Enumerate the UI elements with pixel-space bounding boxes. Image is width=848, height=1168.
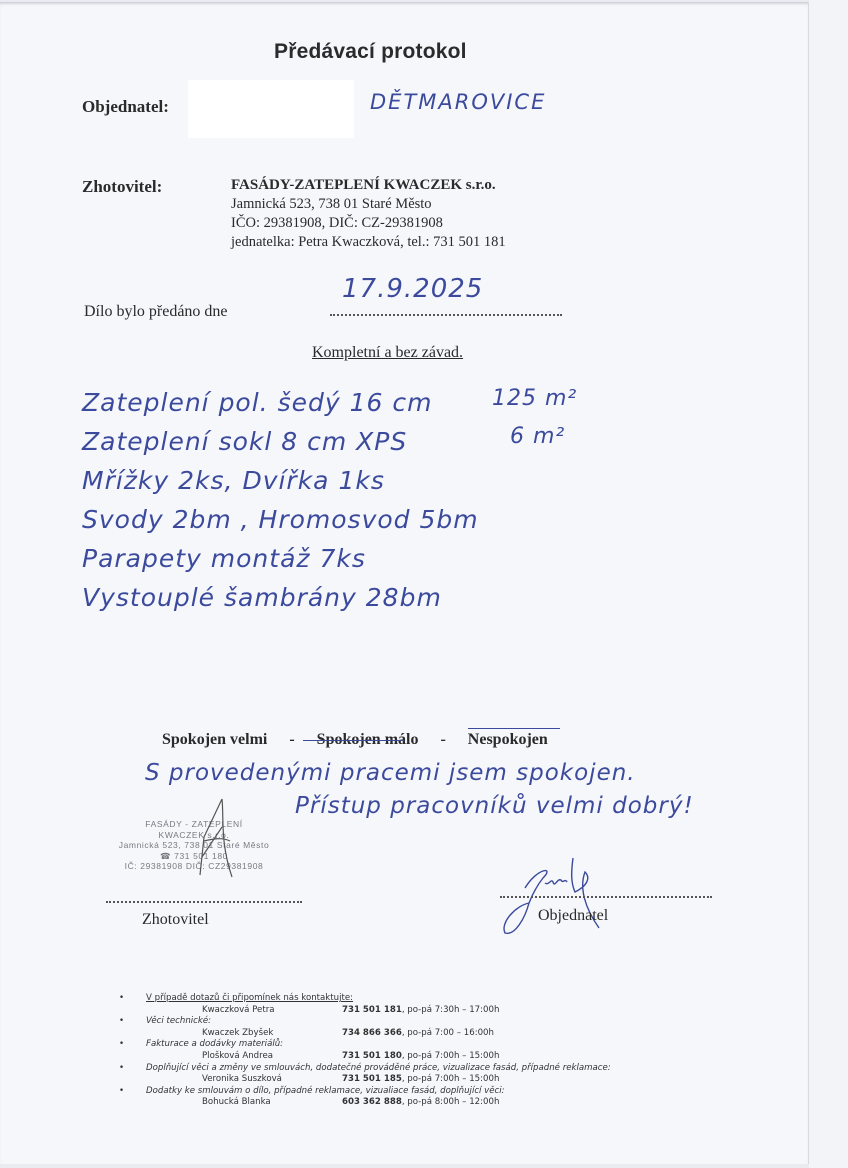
contractor-details: FASÁDY-ZATEPLENÍ KWACZEK s.r.o. Jamnická… bbox=[231, 176, 506, 252]
work-item: Mřížky 2ks, Dvířka 1ks bbox=[82, 461, 479, 500]
redacted-customer-name bbox=[188, 80, 354, 138]
contractor-signature-line bbox=[106, 901, 302, 903]
contractor-label: Zhotovitel: bbox=[82, 177, 162, 197]
customer-location-handwritten: DĚTMAROVICE bbox=[370, 90, 546, 114]
company-stamp: FASÁDY - ZATEPLENÍ KWACZEK s.r.o. Jamnic… bbox=[104, 819, 284, 872]
work-item: Zateplení pol. šedý 16 cm bbox=[82, 383, 479, 422]
document-title: Předávací protokol bbox=[274, 40, 467, 64]
customer-signature-label: Objednatel bbox=[538, 907, 608, 925]
rating-separator: - bbox=[289, 731, 294, 748]
comment-line: S provedenými pracemi jsem spokojen. bbox=[145, 757, 694, 790]
rating-option-dissatisfied: Nespokojen bbox=[468, 731, 548, 748]
work-item: Parapety montáž 7ks bbox=[82, 539, 479, 578]
contact-phone: 731 501 181 bbox=[342, 1005, 402, 1015]
handover-label: Dílo bylo předáno dne bbox=[84, 303, 228, 321]
work-item: Vystouplé šambrány 28bm bbox=[82, 578, 479, 617]
customer-label: Objednatel: bbox=[82, 97, 169, 117]
work-areas: 125 m² 6 m² bbox=[492, 380, 577, 456]
satisfaction-rating: Spokojen velmi - Spokojen málo - Nespoko… bbox=[162, 731, 566, 749]
contractor-ids: IČO: 29381908, DIČ: CZ-29381908 bbox=[231, 214, 506, 233]
rating-option-little-satisfied: Spokojen málo bbox=[317, 731, 419, 748]
contact-phone: 603 362 888 bbox=[342, 1097, 402, 1107]
date-dotted-line bbox=[330, 314, 562, 316]
contact-phone: 731 501 185 bbox=[342, 1074, 402, 1084]
contractor-address: Jamnická 523, 738 01 Staré Město bbox=[231, 195, 506, 214]
contact-phone: 734 866 366 bbox=[342, 1028, 402, 1038]
work-area: 125 m² bbox=[492, 380, 577, 418]
work-area: 6 m² bbox=[492, 418, 577, 456]
work-item: Zateplení sokl 8 cm XPS bbox=[82, 422, 479, 461]
strike-line bbox=[468, 728, 560, 729]
scan-background bbox=[809, 0, 848, 1168]
contact-phone: 731 501 180 bbox=[342, 1051, 402, 1061]
contractor-company: FASÁDY-ZATEPLENÍ KWACZEK s.r.o. bbox=[231, 176, 506, 195]
contractor-representative: jednatelka: Petra Kwaczková, tel.: 731 5… bbox=[231, 233, 506, 252]
customer-signature-line bbox=[500, 896, 712, 898]
contractor-signature-label: Zhotovitel bbox=[142, 911, 209, 929]
strike-line bbox=[303, 740, 405, 741]
handover-status: Kompletní a bez závad. bbox=[312, 344, 463, 362]
contractor-signature bbox=[192, 797, 236, 882]
rating-separator: - bbox=[440, 731, 445, 748]
rating-option-very-satisfied: Spokojen velmi bbox=[162, 731, 267, 748]
work-item: Svody 2bm , Hromosvod 5bm bbox=[82, 500, 479, 539]
work-items: Zateplení pol. šedý 16 cm Zateplení sokl… bbox=[82, 383, 479, 617]
handover-date-handwritten: 17.9.2025 bbox=[342, 274, 483, 304]
